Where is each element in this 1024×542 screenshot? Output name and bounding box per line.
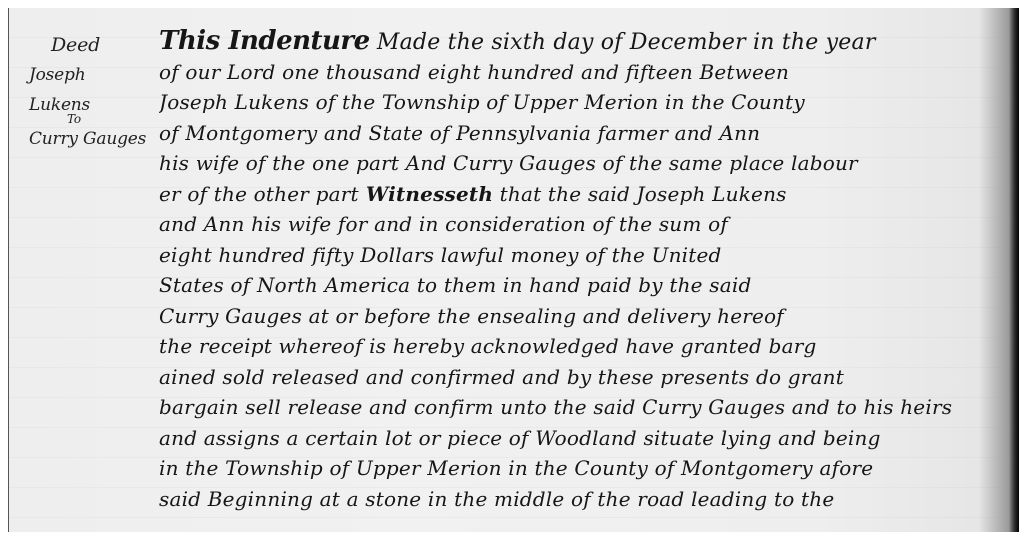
deed-line: This Indenture Made the sixth day of Dec… xyxy=(159,26,1019,57)
deed-line: of our Lord one thousand eight hundred a… xyxy=(159,57,1019,88)
margin-grantee: Curry Gauges xyxy=(29,124,159,154)
deed-line: of Montgomery and State of Pennsylvania … xyxy=(159,118,1019,149)
deed-line: Joseph Lukens of the Township of Upper M… xyxy=(159,87,1019,118)
deed-heading: This Indenture xyxy=(159,26,370,56)
deed-line-text: er of the other part xyxy=(159,182,359,206)
deed-line: the receipt whereof is hereby acknowledg… xyxy=(159,331,1019,362)
margin-note: Deed Joseph Lukens To Curry Gauges xyxy=(29,30,159,154)
deed-line: States of North America to them in hand … xyxy=(159,270,1019,301)
deed-page: Deed Joseph Lukens To Curry Gauges This … xyxy=(8,8,1019,532)
deed-body: This Indenture Made the sixth day of Dec… xyxy=(159,26,1019,514)
deed-line: bargain sell release and confirm unto th… xyxy=(159,392,1019,423)
deed-line: Curry Gauges at or before the ensealing … xyxy=(159,301,1019,332)
deed-line-text: Made the sixth day of December in the ye… xyxy=(370,30,876,55)
margin-title: Deed xyxy=(29,30,159,60)
deed-line: er of the other part Witnesseth that the… xyxy=(159,179,1019,210)
witnesseth-word: Witnesseth xyxy=(359,182,493,206)
deed-line: eight hundred fifty Dollars lawful money… xyxy=(159,240,1019,271)
deed-line: and Ann his wife for and in consideratio… xyxy=(159,209,1019,240)
margin-grantor-first: Joseph xyxy=(29,60,159,90)
deed-line: ained sold released and confirmed and by… xyxy=(159,362,1019,393)
deed-line: said Beginning at a stone in the middle … xyxy=(159,484,1019,515)
deed-line: in the Township of Upper Merion in the C… xyxy=(159,453,1019,484)
deed-line: his wife of the one part And Curry Gauge… xyxy=(159,148,1019,179)
deed-line-text: that the said Joseph Lukens xyxy=(493,182,787,206)
deed-line: and assigns a certain lot or piece of Wo… xyxy=(159,423,1019,454)
